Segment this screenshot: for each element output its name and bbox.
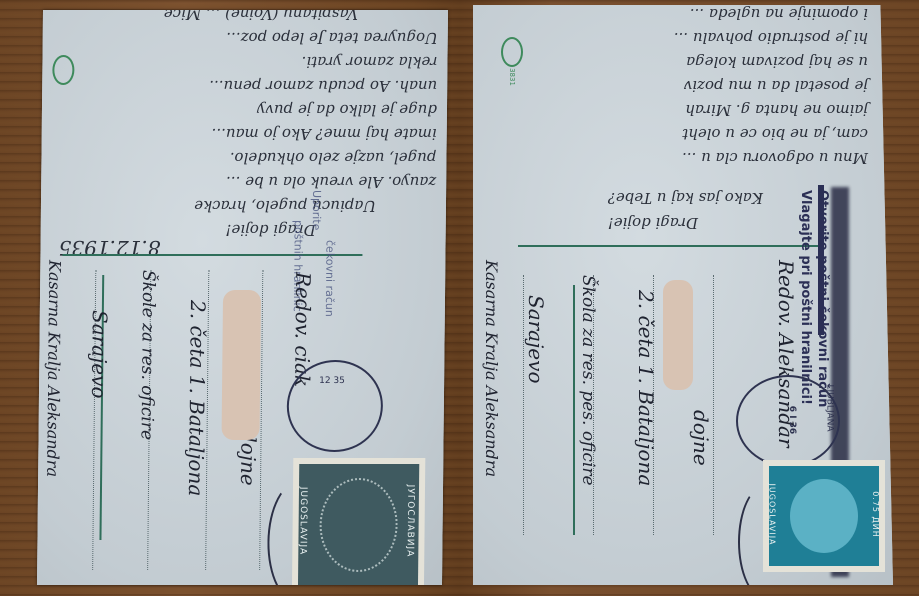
message-line: duge je lalko da je puvy — [163, 98, 437, 122]
divider-vertical — [573, 285, 575, 535]
message-line: unah. Ao pcudu zamor penu... — [163, 74, 437, 98]
divider-horizontal — [62, 254, 362, 256]
publisher-number: 3831 — [508, 68, 516, 86]
address-line: 2. četa 1. Bataljona — [184, 300, 210, 496]
message-line: hi je postrudio pohvalu ... — [640, 26, 868, 50]
postmark-date: 6 I 36 — [787, 406, 797, 434]
greeting-line: Dragi dojie! — [608, 211, 698, 235]
postmark: 12 35 — [286, 360, 383, 452]
postmark-date: 12 35 — [319, 376, 345, 386]
message-line: Vaspitanu (Vojne) ... Mice — [164, 10, 438, 26]
portrait-icon — [319, 478, 398, 572]
address-line: Sarajevo — [524, 295, 548, 384]
stamp-country-cyrillic: ЈУГОСЛАВИЈА — [405, 485, 416, 558]
date: 8.12.1935 — [59, 236, 161, 260]
address-line: Škola za res. pes. oficire — [578, 275, 598, 486]
message-line: zauyo. Ale vreuk ola u be ... — [162, 170, 436, 194]
postcard-left: Dragi dojie! Uapiucu pugelo, hracke zauy… — [37, 10, 448, 585]
printed-line: čekovni račun — [323, 240, 337, 317]
message-block-left: Dragi dojie! Uapiucu pugelo, hracke zauy… — [161, 10, 438, 242]
message-line: i opominje na ugleda ... — [640, 5, 868, 26]
divider-horizontal — [518, 245, 818, 247]
publisher-logo-icon — [52, 55, 74, 85]
message-line: Mnu u odgovoru cla u ... — [640, 146, 868, 170]
message-line: je posetal da u mu poziv — [640, 74, 868, 98]
message-line: jaimo ne hanta g. Mirah — [640, 98, 868, 122]
redaction — [222, 290, 262, 440]
address-line: dojne — [689, 410, 713, 466]
address-line: Kasarna Kralja Aleksandra — [43, 260, 64, 477]
slogan-line: Vlagajte pri poštni hranilnici! — [798, 190, 813, 405]
postmark: LJUBLJANA 6 I 36 — [736, 375, 840, 467]
message-line: u se haj pozivam kolega — [640, 50, 868, 74]
portrait-icon — [790, 479, 858, 553]
postcard-right: 3831 Mnu u odgovoru cla u ... cam, ja ne… — [473, 5, 893, 585]
postmark-city: LJUBLJANA — [825, 385, 835, 432]
address-line: Škole za res. oficire — [137, 270, 159, 440]
message-line: rekla zamor yrati. — [163, 50, 437, 74]
message-line: Uoguyrea teta Je lepo poz... — [163, 26, 437, 50]
address-guide — [713, 275, 714, 535]
message-line: Uapiucu pugelo, hracke — [162, 194, 436, 218]
slogan-bar — [818, 185, 824, 335]
address-line: 2. četa 1. Bataljona — [634, 290, 658, 486]
message-line: cam, ja ne bio ce u oleht — [640, 122, 868, 146]
printed-line: Uporite — [310, 190, 323, 230]
stamp-value: 0.75 ДИН — [871, 491, 880, 538]
greeting-line: Kako jas kaj u Tebe? — [608, 186, 763, 210]
message-line: imate haj mme? Ako jo mau... — [162, 122, 436, 146]
message-block-right: Mnu u odgovoru cla u ... cam, ja ne bio … — [640, 5, 868, 170]
message-line: pugel, uazje zelo ohkudelo. — [162, 146, 436, 170]
address-line: Kasarna Kralja Aleksandra — [482, 260, 501, 477]
redaction — [663, 280, 693, 390]
publisher-logo-icon — [501, 37, 523, 67]
address-line: Sarajevo — [87, 310, 112, 399]
